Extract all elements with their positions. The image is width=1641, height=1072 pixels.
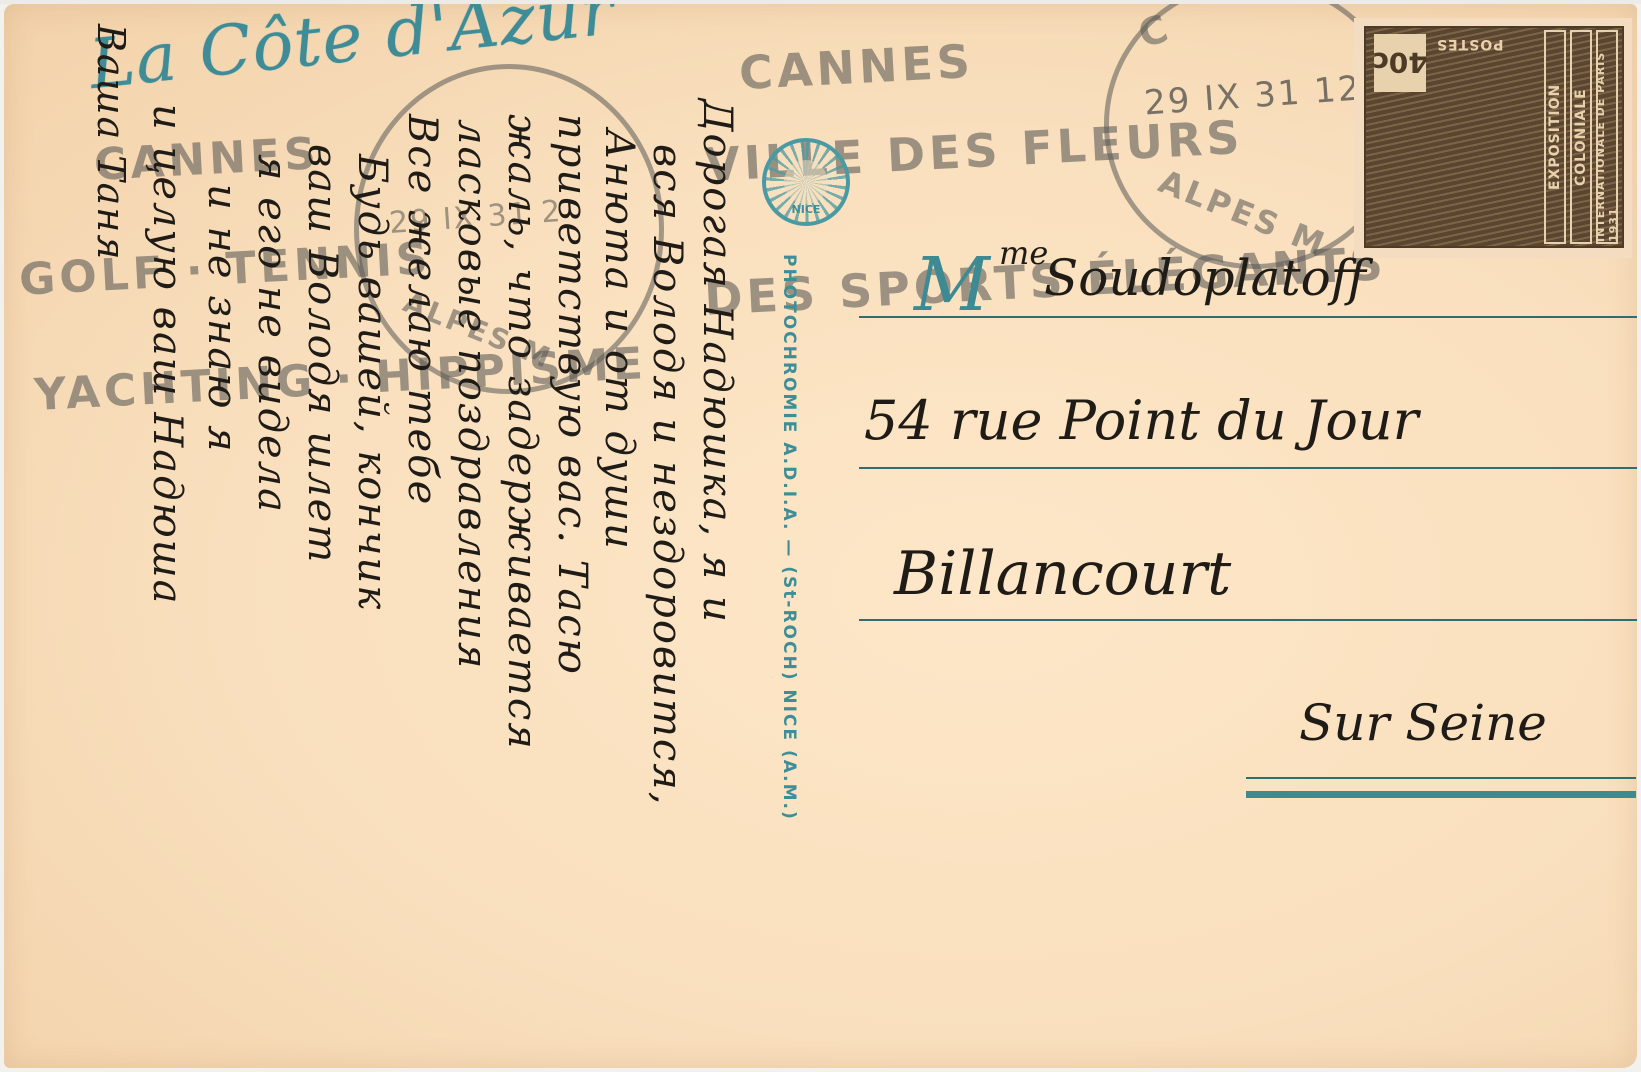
slogan-cancel-line: CANNES <box>738 34 975 100</box>
stamp-value: 40c <box>1374 34 1426 92</box>
postage-stamp: 40c POSTES EXPOSITION COLONIALE INTERNAT… <box>1354 18 1632 258</box>
logo-text: NICE <box>766 203 846 216</box>
message-line: ваш Володя шлет <box>299 144 345 564</box>
address-street: 54 rue Point du Jour <box>864 389 1418 452</box>
stamp-label: POSTES <box>1436 36 1503 52</box>
address-rule <box>859 467 1637 469</box>
message-line: Дорогая Надюшка, я и <box>694 99 740 624</box>
address-rule <box>1246 777 1636 779</box>
sunburst-logo-icon: NICE <box>762 138 850 226</box>
message-line: и не знаю я <box>199 184 245 454</box>
postcard-back: La Côte d'Azur CANNES VILLE DES FLEURS D… <box>4 4 1637 1068</box>
address-city: Billancourt <box>894 539 1231 609</box>
address-rule-double <box>1246 791 1636 798</box>
address-rule <box>859 316 1637 318</box>
message-line: Все желаю тебе <box>399 114 445 506</box>
message-line: я его не видела <box>249 154 295 514</box>
stamp-band-text: COLONIALE <box>1570 30 1592 244</box>
address-region: Sur Seine <box>1299 694 1547 752</box>
address-salutation-sup: me <box>999 234 1048 272</box>
message-line: Анюта и от души <box>596 129 642 551</box>
message-line: жаль, что задерживается <box>499 114 545 751</box>
message-line: и целую ваш Надюша <box>144 104 190 605</box>
publisher-imprint: PHOTOCHROMIE A.D.I.A. — (St-ROCH) NICE (… <box>779 254 799 821</box>
message-line: Будь вашей, кончик <box>349 154 395 611</box>
message-line: Ваша Таня <box>89 24 133 262</box>
address-rule <box>859 619 1637 621</box>
address-name: Soudoplatoff <box>1044 249 1366 307</box>
message-line: приветствую вас. Тасю <box>549 114 595 676</box>
stamp-band-text: EXPOSITION <box>1544 30 1566 244</box>
message-line: вся Володя и нездоровится, <box>644 144 690 806</box>
stamp-band-text: INTERNATIONALE DE PARIS 1931 <box>1596 30 1618 244</box>
message-line: ласковые поздравления <box>449 119 495 670</box>
